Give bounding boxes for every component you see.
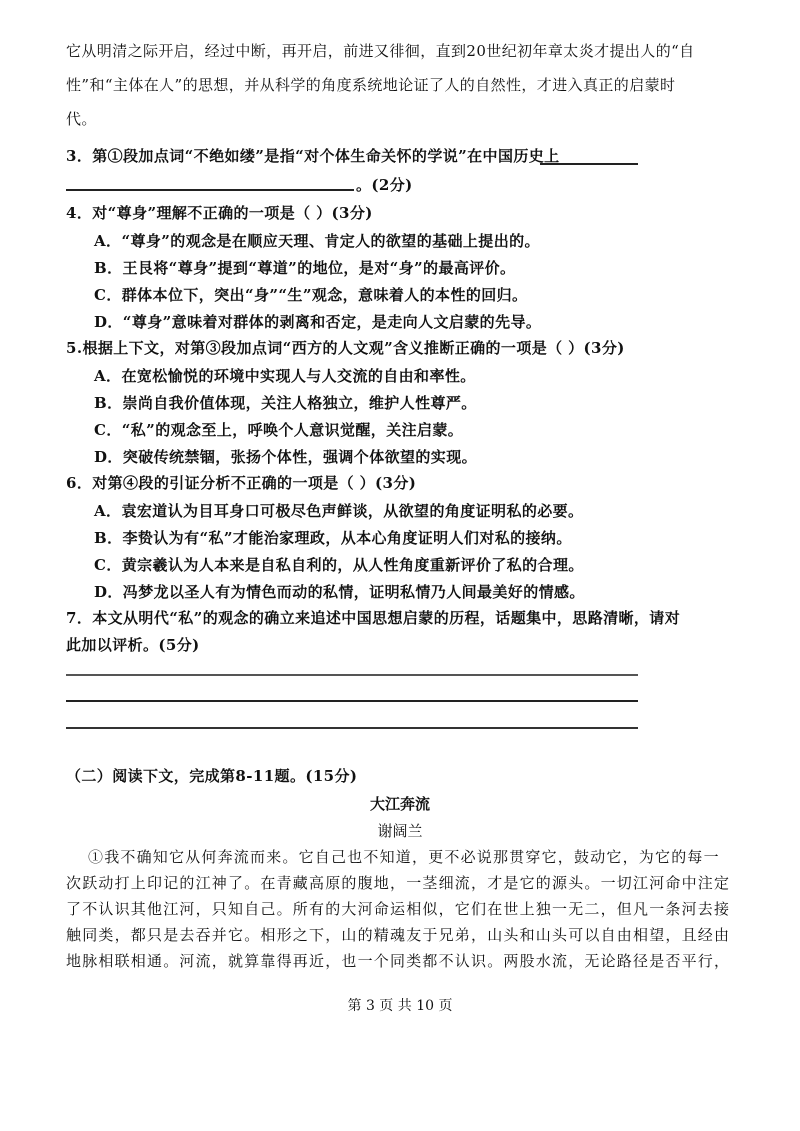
article-paragraph-line: 了不认识其他江河，只知自己。所有的大河命运相似，它们在世上独一无二，但凡一条河去…: [66, 898, 730, 919]
q5-option-d[interactable]: D．突破传统禁锢，张扬个体性，强调个体欲望的实现。: [94, 446, 477, 467]
q3-answer-blank-1[interactable]: [540, 163, 638, 165]
passage-line: 它从明清之际开启，经过中断，再开启，前进又徘徊，直到20世纪初年章太炎才提出人的…: [66, 40, 695, 61]
article-paragraph-line: 地脉相联相通。河流，就算靠得再近，也一个同类都不认识。两股水流，无论路径是否平行…: [66, 950, 730, 971]
q4-option-d[interactable]: D．“尊身”意味着对群体的剥离和否定，是走向人文启蒙的先导。: [94, 311, 541, 332]
question-6-stem: 6．对第④段的引证分析不正确的一项是（ ）(3分): [66, 472, 416, 493]
q5-option-c[interactable]: C．“私”的观念至上，呼唤个人意识觉醒，关注启蒙。: [94, 419, 463, 440]
article-paragraph-line: ①我不确知它从何奔流而来。它自己也不知道，更不必说那贯穿它，鼓动它，为它的每一: [88, 846, 720, 867]
passage-line: 性”和“主体在人”的思想，并从科学的角度系统地论证了人的自然性，才进入真正的启蒙…: [66, 74, 675, 95]
article-paragraph-line: 触同类，都只是去吞并它。相形之下，山的精魂友于兄弟，山头和山头可以自由相望，且经…: [66, 924, 730, 945]
q7-answer-line-1[interactable]: [66, 674, 638, 676]
q4-option-a[interactable]: A．“尊身”的观念是在顺应天理、肯定人的欲望的基础上提出的。: [94, 230, 540, 251]
question-5-stem: 5.根据上下文，对第③段加点词“西方的人文观”含义推断正确的一项是（ ）(3分): [66, 337, 625, 358]
q4-option-c[interactable]: C．群体本位下，突出“身”“生”观念，意味着人的本性的回归。: [94, 284, 527, 305]
question-7-stem: 7．本文从明代“私”的观念的确立来追述中国思想启蒙的历程，话题集中，思路清晰，请…: [66, 607, 680, 628]
q6-option-b[interactable]: B．李贽认为有“私”才能治家理政，从本心角度证明人们对私的接纳。: [94, 527, 572, 548]
q6-option-c[interactable]: C．黄宗羲认为人本来是自私自利的，从人性角度重新评价了私的合理。: [94, 554, 584, 575]
q6-option-d[interactable]: D．冯梦龙以圣人有为情色而动的私情，证明私情乃人间最美好的情感。: [94, 581, 585, 602]
q7-answer-line-3[interactable]: [66, 727, 638, 729]
question-7-stem-cont: 此加以评析。(5分): [66, 634, 200, 655]
passage-line: 代。: [66, 108, 97, 129]
q5-option-b[interactable]: B．崇尚自我价值体现，关注人格独立，维护人性尊严。: [94, 392, 477, 413]
article-title: 大江奔流: [0, 793, 800, 814]
section-2-heading: （二）阅读下文，完成第8-11题。(15分): [66, 765, 357, 786]
q5-option-a[interactable]: A．在宽松愉悦的环境中实现人与人交流的自由和率性。: [94, 365, 476, 386]
q6-option-a[interactable]: A．袁宏道认为目耳身口可极尽色声鲜谈，从欲望的角度证明私的必要。: [94, 500, 583, 521]
q7-answer-line-2[interactable]: [66, 700, 638, 702]
q4-option-b[interactable]: B．王艮将“尊身”提到“尊道”的地位，是对“身”的最高评价。: [94, 257, 515, 278]
article-author: 谢阔兰: [0, 820, 800, 841]
q3-score: 。(2分): [356, 174, 413, 195]
article-paragraph-line: 次跃动打上印记的江神了。在青藏高原的腹地，一茎细流，才是它的源头。一切江河命中注…: [66, 872, 730, 893]
page-indicator: 第 3 页 共 10 页: [0, 995, 800, 1015]
question-4-stem: 4．对“尊身”理解不正确的一项是（ ）(3分): [66, 202, 373, 223]
question-3-stem: 3．第①段加点词“不绝如缕”是指“对个体生命关怀的学说”在中国历史上: [66, 145, 560, 166]
exam-page: 它从明清之际开启，经过中断，再开启，前进又徘徊，直到20世纪初年章太炎才提出人的…: [0, 0, 800, 1131]
q3-answer-blank-2[interactable]: [66, 189, 354, 191]
